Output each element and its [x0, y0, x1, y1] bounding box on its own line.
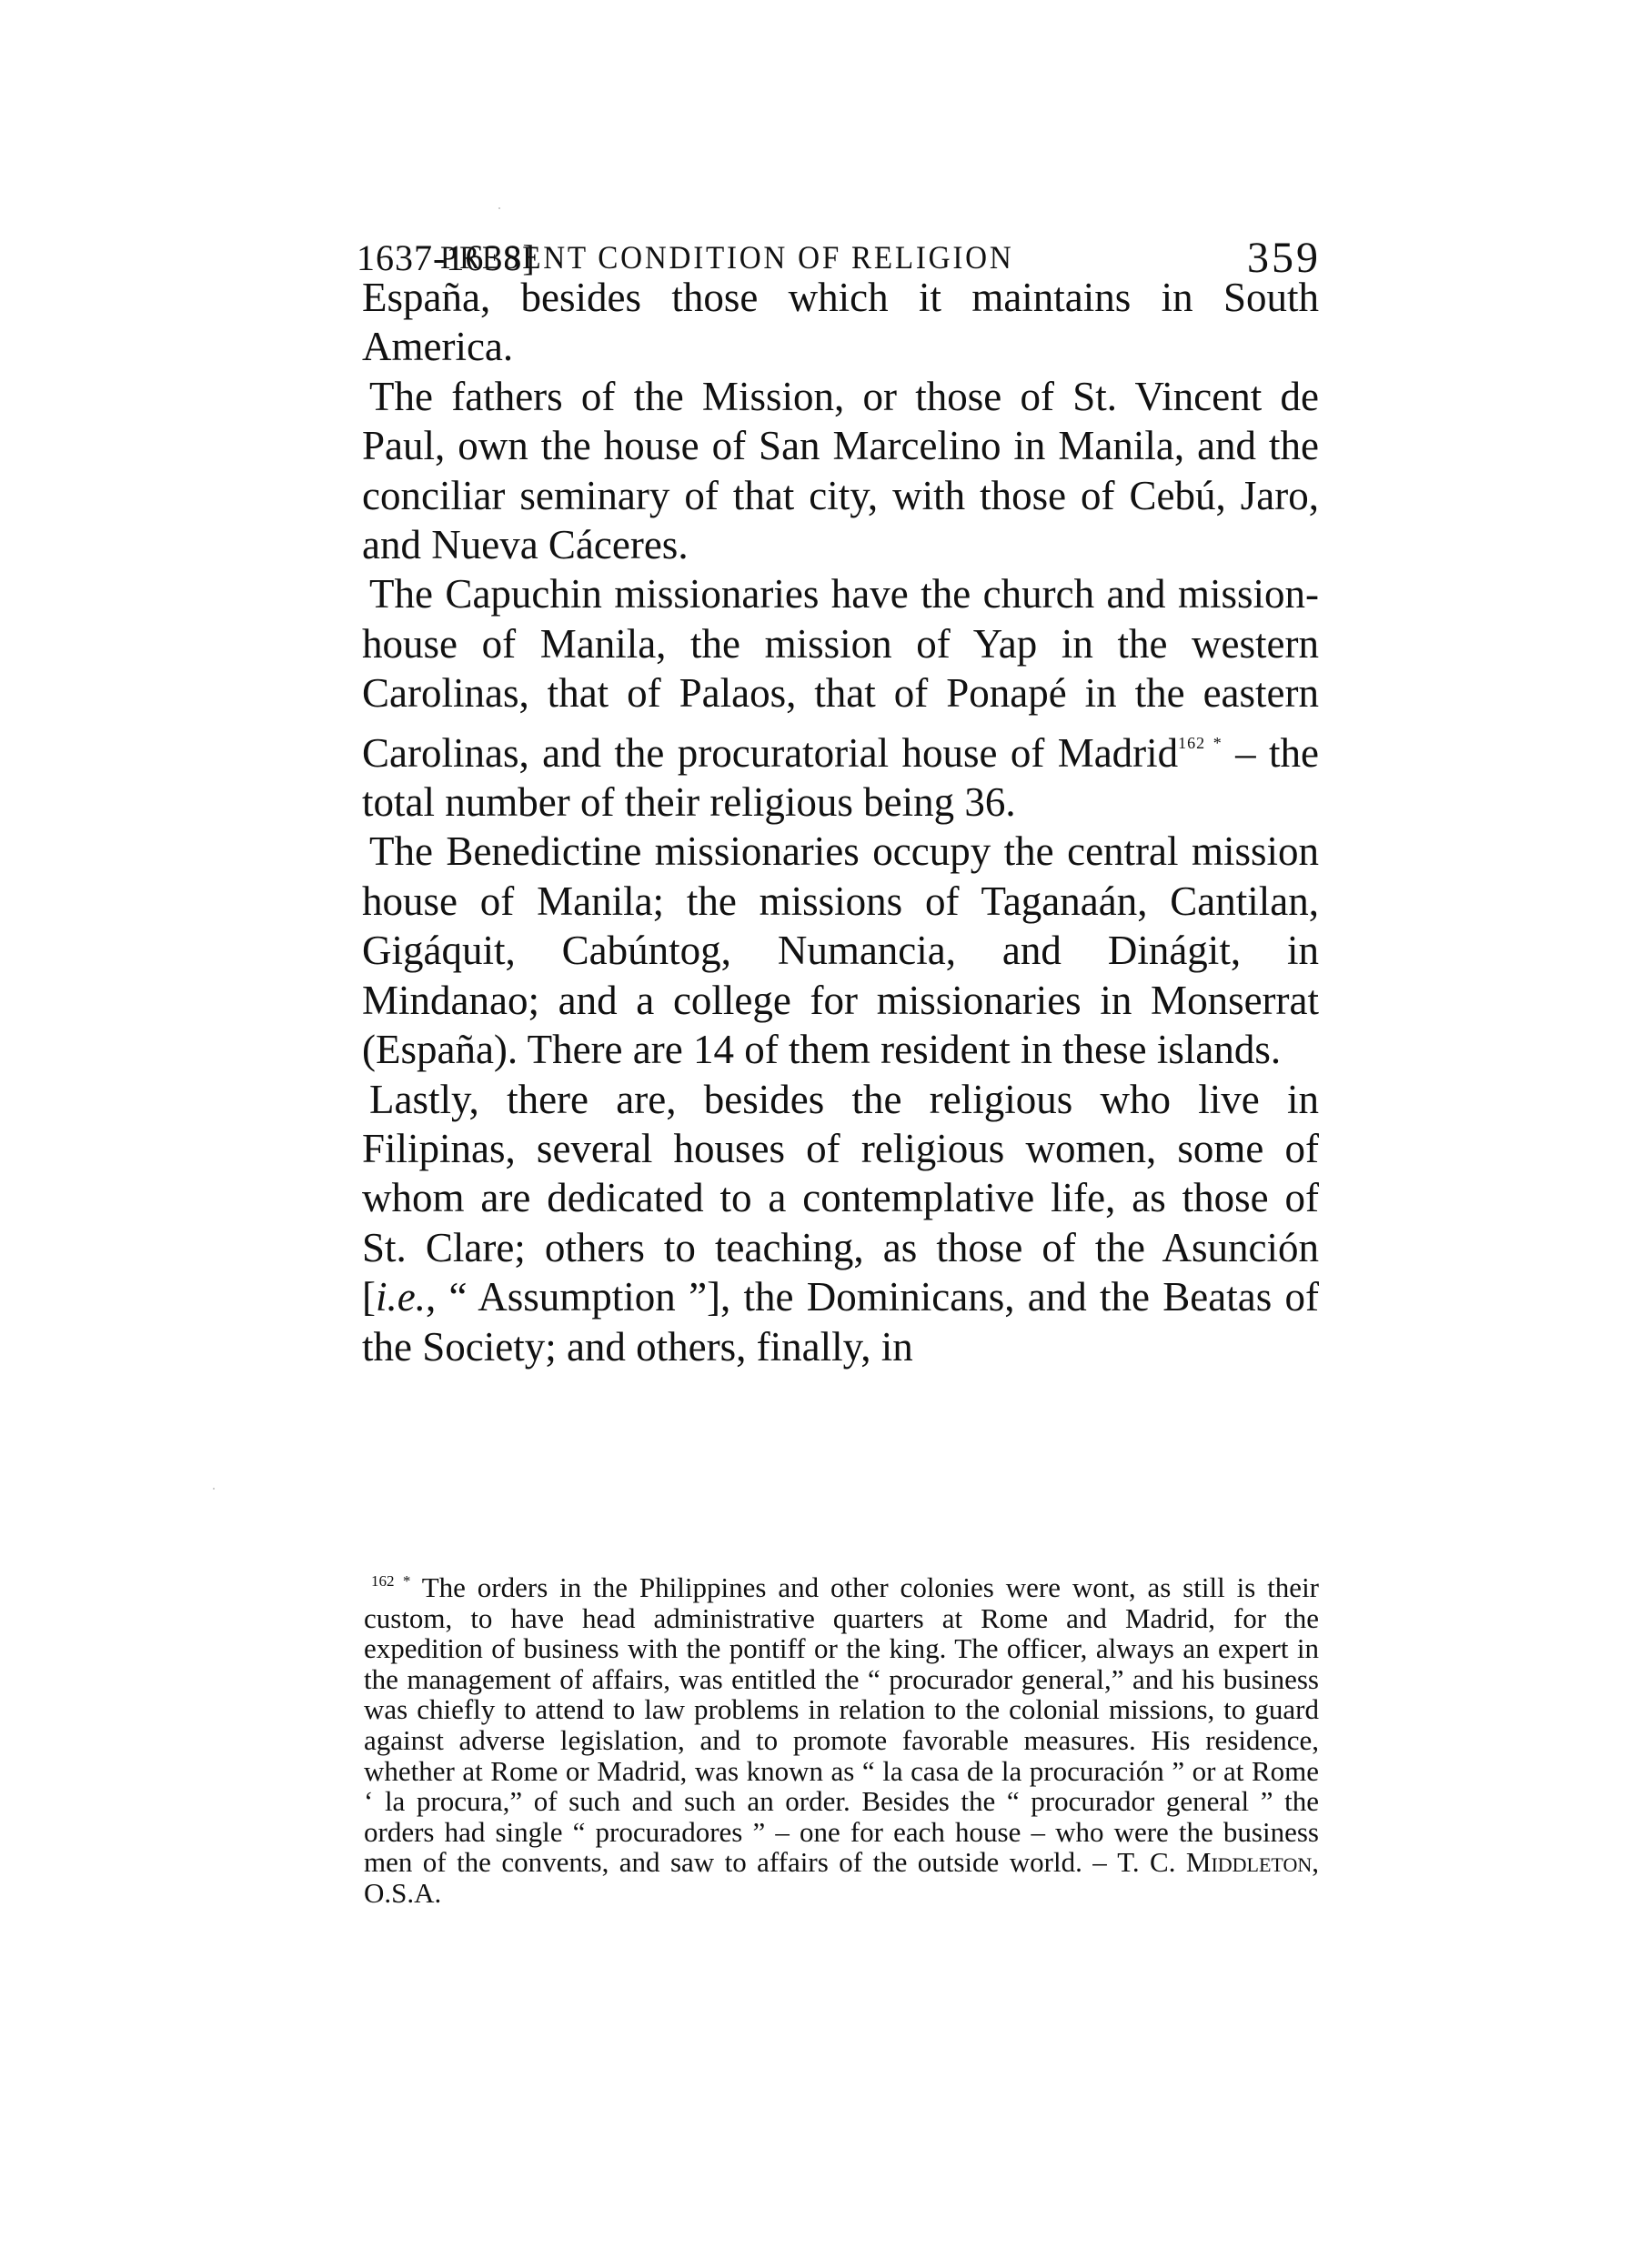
paragraph-lazarists: The fathers of the Mission, or those of … [362, 372, 1319, 570]
paragraph-women-text-b: , “ Assumption ”], the Dominicans, and t… [362, 1274, 1319, 1369]
paragraph-religious-women: Lastly, there are, besides the religious… [362, 1075, 1319, 1371]
paragraph-benedictines: The Benedictine missionaries occupy the … [362, 827, 1319, 1074]
scan-speck [498, 207, 500, 209]
footnote-reference: 162 * [1178, 734, 1222, 752]
footnote: 162 * The orders in the Philippines and … [364, 1566, 1319, 1909]
scan-speck [213, 1488, 215, 1490]
abbreviation-ie: i.e. [376, 1274, 426, 1320]
paragraph-capuchins: The Capuchin missionaries have the churc… [362, 569, 1319, 827]
main-text: España, besides those which it maintains… [362, 273, 1319, 1371]
paragraph-continuation: España, besides those which it maintains… [362, 273, 1319, 372]
footnote-marker: 162 * [371, 1572, 410, 1590]
running-head-title: PRESENT CONDITION OF RELIGION [440, 238, 1014, 276]
footnote-signature-name: T. C. Middleton [1117, 1846, 1312, 1878]
paragraph-capuchins-text: The Capuchin missionaries have the churc… [362, 571, 1319, 775]
footnote-paragraph: 162 * The orders in the Philippines and … [364, 1566, 1319, 1909]
book-page: 1637-1638] PRESENT CONDITION OF RELIGION… [0, 0, 1630, 2268]
footnote-text: The orders in the Philippines and other … [364, 1571, 1319, 1878]
